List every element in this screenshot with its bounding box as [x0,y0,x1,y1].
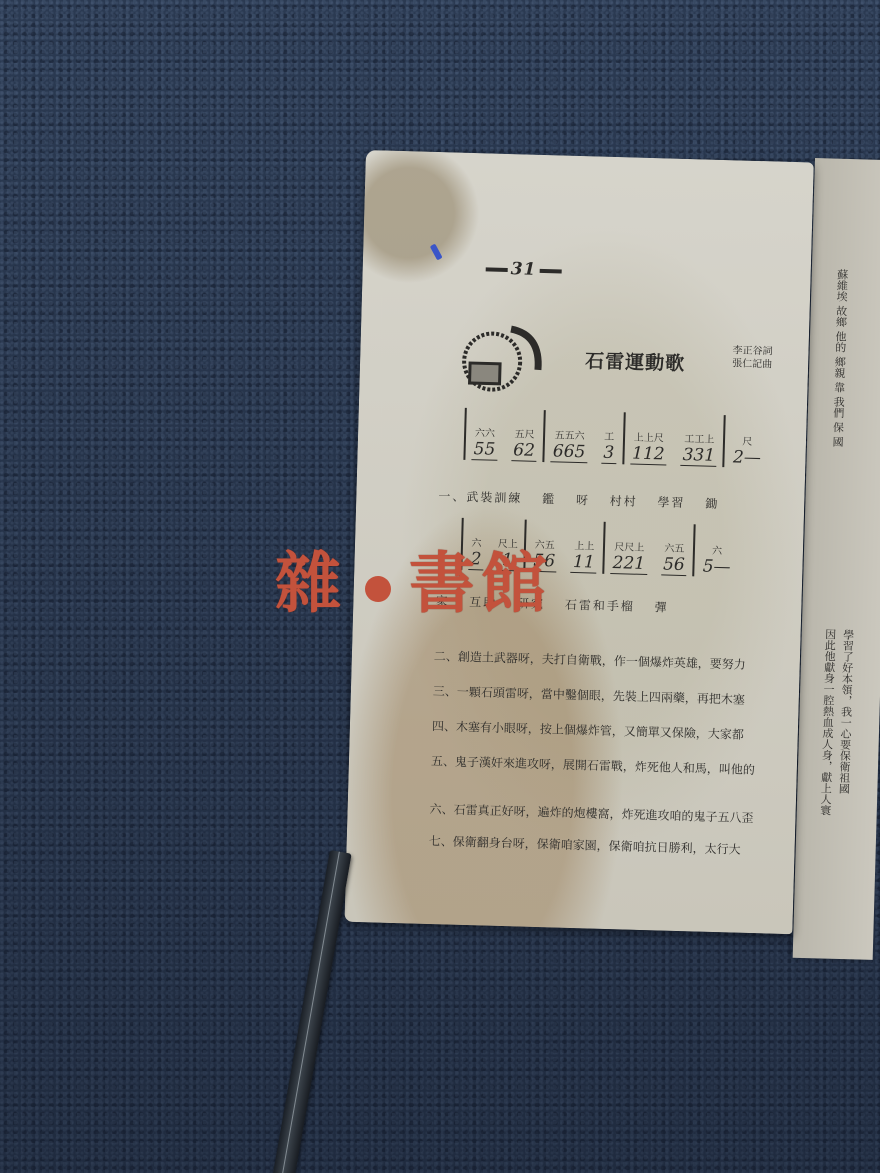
note: 尺2— [731,432,764,468]
blue-ink-mark [430,244,443,261]
verse-5: 五、鬼子漢奸來進攻呀，展開石雷戰，炸死他人和馬，叫他的 [431,752,801,779]
lyric-line-1: 一、武裝訓練 鑑 呀 村村 學習 鋤 [438,487,719,512]
note: 五五六665 [551,426,588,463]
note: 工工上331 [680,430,717,467]
score-row-1: 六六55 五尺62 五五六665 工3 上上尺112 工工上331 尺2— [457,408,764,469]
verse-6: 六、石雷真正好呀，遍炸的炮樓窩，炸死進攻咱的鬼子五八歪 [429,800,799,827]
watermark-dot [365,576,391,602]
composer: 張仁記曲 [732,357,792,372]
verse-3: 三、一顆石頭雷呀，當中鑿個眼，先裝上四兩藥，再把木塞 [433,682,803,709]
note: 六五56 [661,539,688,576]
verse-4: 四、木塞有小眼呀，按上個爆炸管，又簡單又保險，大家都 [432,717,802,744]
note: 六5— [700,542,733,578]
note: 六六55 [471,424,498,461]
note: 上上尺112 [630,429,667,466]
note: 尺尺上221 [610,538,647,575]
watermark-left: 雜 [275,544,347,622]
watermark: 雜書館 [275,530,553,625]
page-number: 31 [482,258,564,280]
right-page-line-1: 學習了好本領，我一心要保衛祖國 [835,629,856,794]
note: 上上11 [571,537,598,574]
watermark-right: 書館 [409,544,553,622]
song-title: 石雷運動歌 [585,346,686,376]
song-credits: 李正谷詞 張仁記曲 [732,344,793,372]
note: 五尺62 [511,425,538,462]
note: 工3 [601,428,617,464]
verse-2: 二、創造土武器呀，夫打自衛戰，作一個爆炸英雄，要努力 [434,647,804,674]
right-page-lyric: 蘇維埃 故鄉 他的 鄉親 靠 我們 保 國 [829,269,850,448]
globe-emblem-icon [449,322,546,395]
verse-7: 七、保衛翻身台呀，保衛咱家園，保衛咱抗日勝利，太行大 [429,832,799,859]
